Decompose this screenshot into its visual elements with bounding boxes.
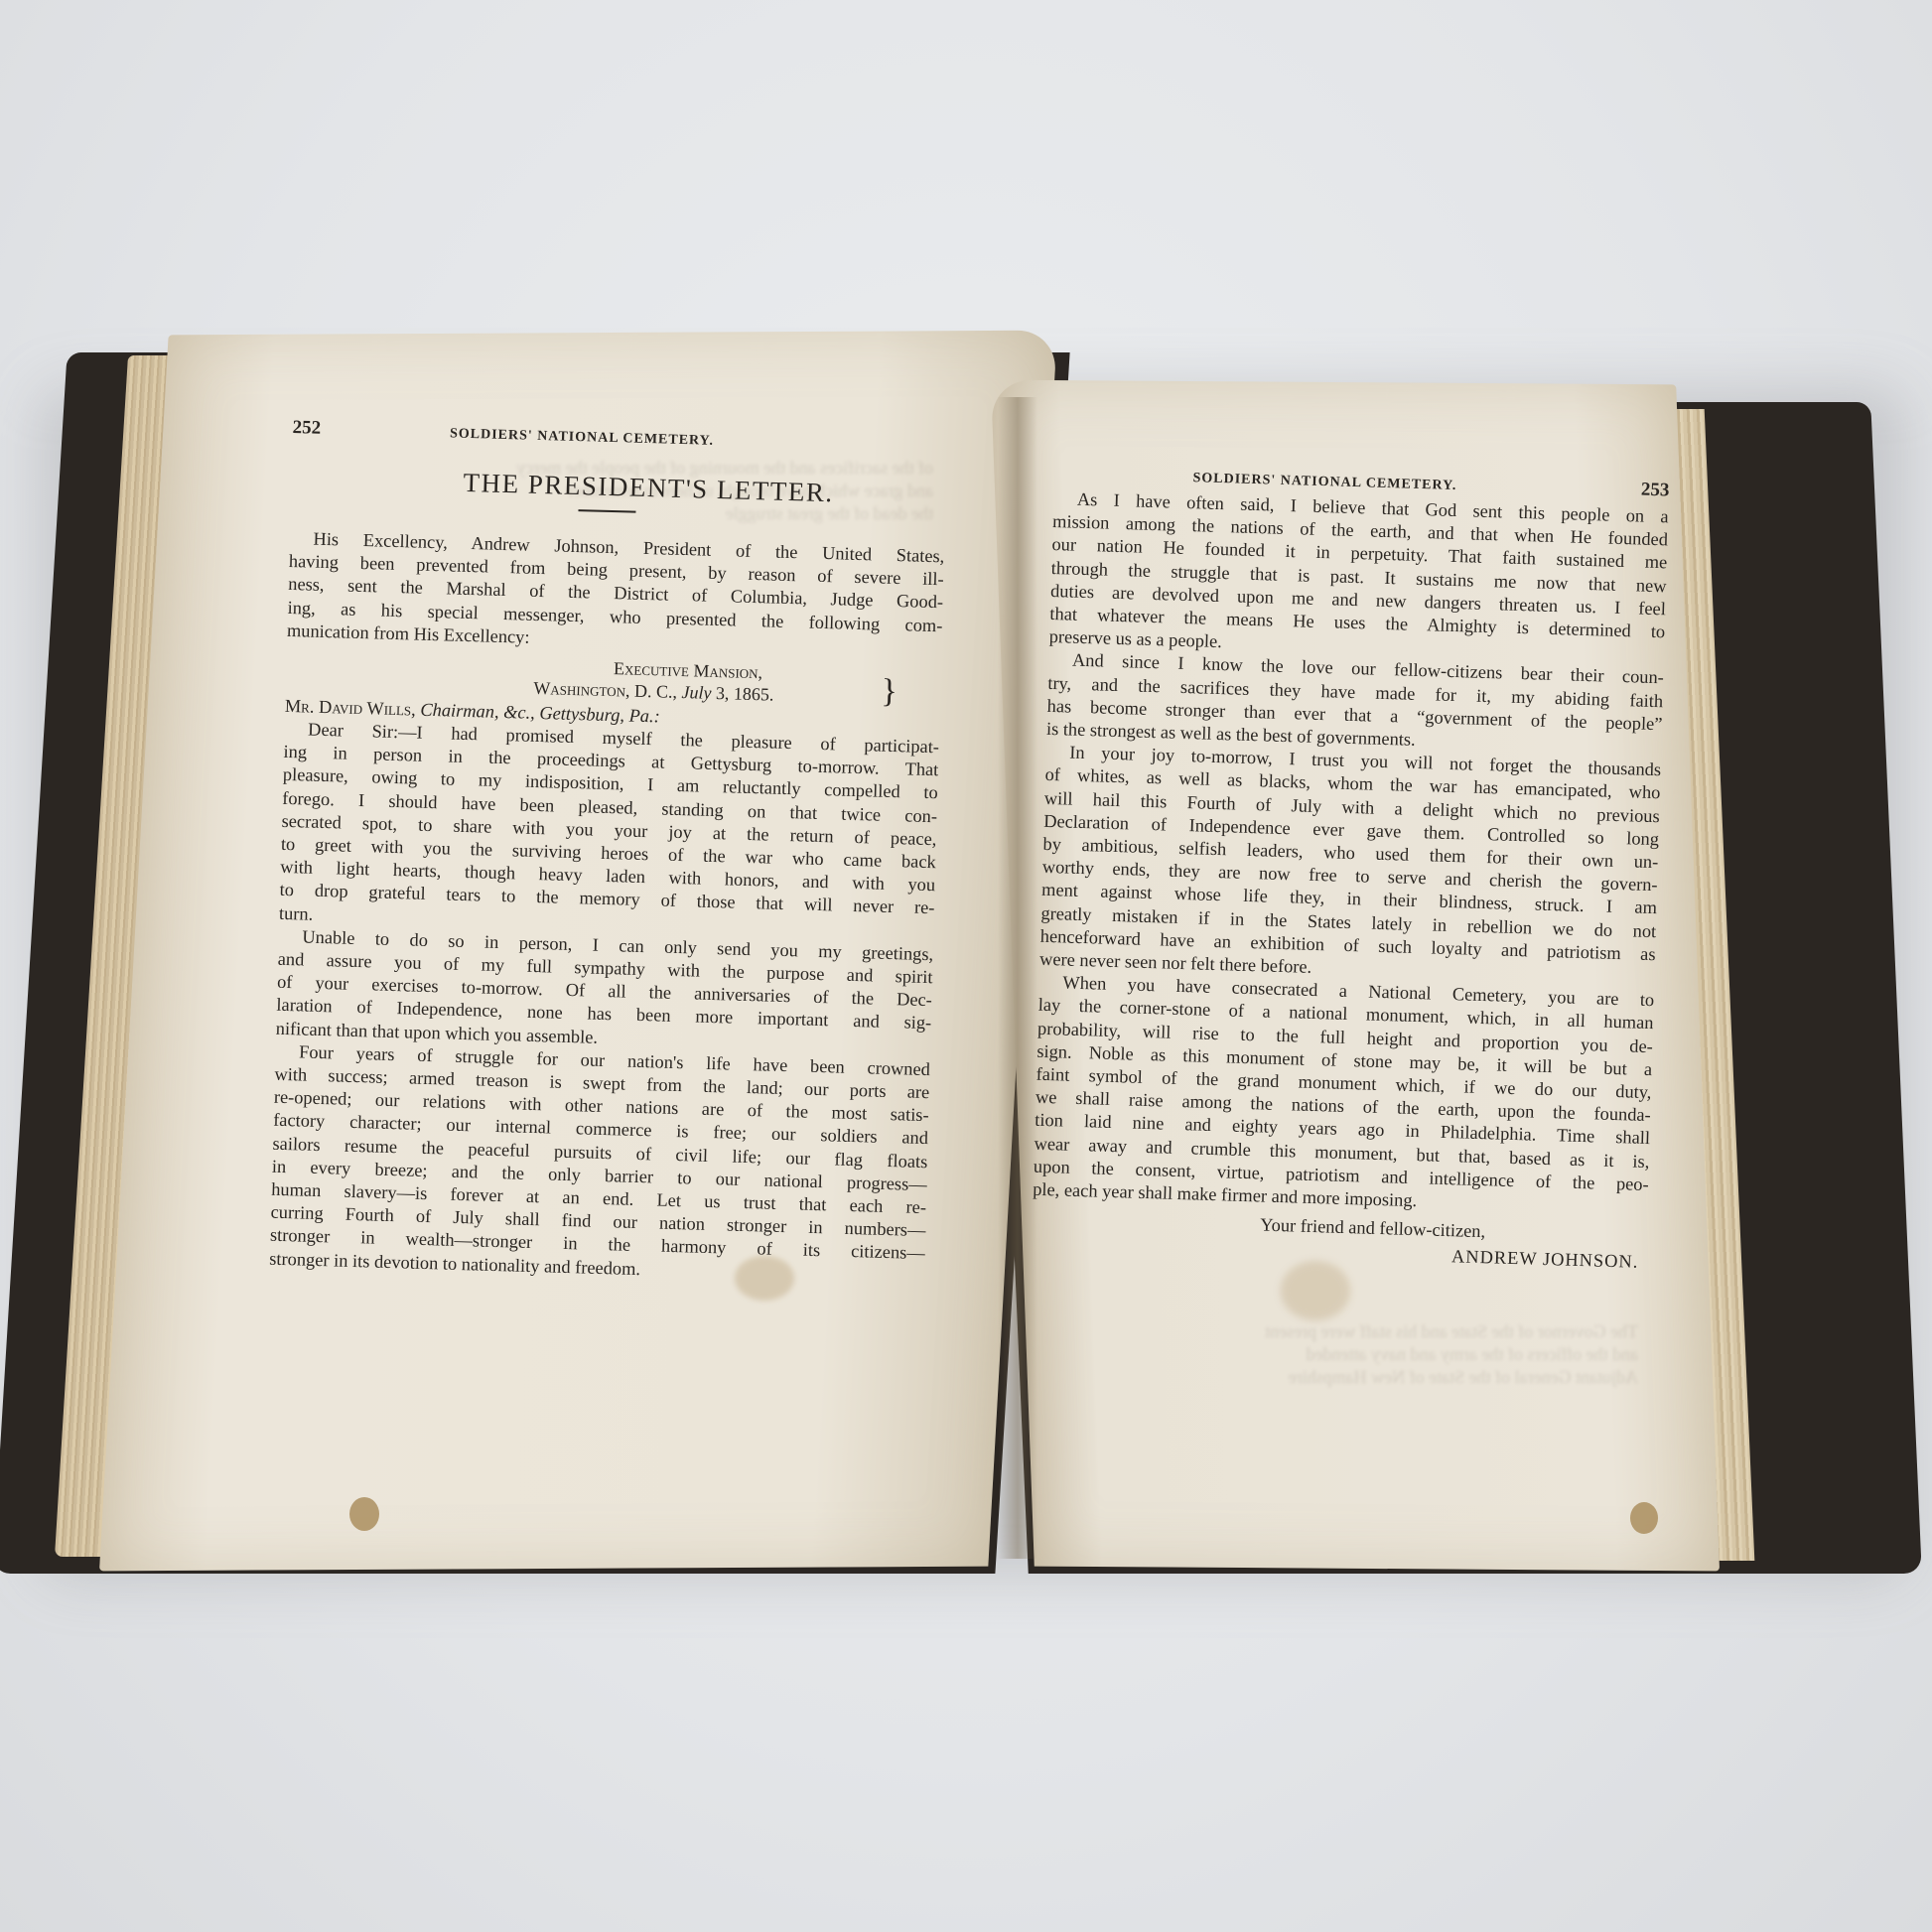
foxing-stain — [1630, 1502, 1658, 1534]
page-number: 252 — [292, 417, 321, 440]
book-photo-scene: of the sacrifices and the mourning of th… — [0, 0, 1932, 1932]
right-page-text: SOLDIERS' NATIONAL CEMETERY. 253 As I ha… — [1031, 462, 1669, 1275]
paragraph-2: Unable to do so in person, I can only se… — [275, 925, 933, 1058]
chapter-title: THE PRESIDENT'S LETTER. — [350, 465, 947, 512]
brace-icon: } — [881, 677, 897, 707]
address-date: 3, 1865. — [716, 683, 774, 705]
recipient-name: Mr. David Wills, — [285, 696, 416, 720]
paragraph-4: When you have consecrated a National Cem… — [1033, 971, 1655, 1219]
paragraph-3: Four years of struggle for our nation's … — [269, 1040, 930, 1289]
running-head-title: SOLDIERS' NATIONAL CEMETERY. — [1192, 471, 1456, 494]
paragraph-3: In your joy to-morrow, I trust you will … — [1039, 741, 1662, 989]
left-page-text: 252 SOLDIERS' NATIONAL CEMETERY. THE PRE… — [269, 417, 948, 1289]
title-rule — [578, 509, 635, 513]
address-month: July — [681, 682, 712, 703]
address-place: Washington, D. C., — [533, 678, 677, 702]
paragraph-1: Dear Sir:—I had promised myself the plea… — [279, 718, 940, 943]
bleed-through-text-right: The Governor of the State and his staff … — [1082, 1320, 1638, 1389]
book-gutter — [998, 397, 1037, 1559]
paragraph-1: As I have often said, I believe that God… — [1048, 487, 1669, 667]
page-number: 253 — [1641, 480, 1670, 502]
foxing-stain — [1281, 1261, 1350, 1320]
paragraph-2: And since I know the love our fellow-cit… — [1046, 648, 1664, 759]
intro-paragraph: His Excellency, Andrew Johnson, Presiden… — [287, 527, 945, 660]
foxing-stain — [349, 1497, 379, 1531]
running-head-title: SOLDIERS' NATIONAL CEMETERY. — [450, 426, 714, 449]
